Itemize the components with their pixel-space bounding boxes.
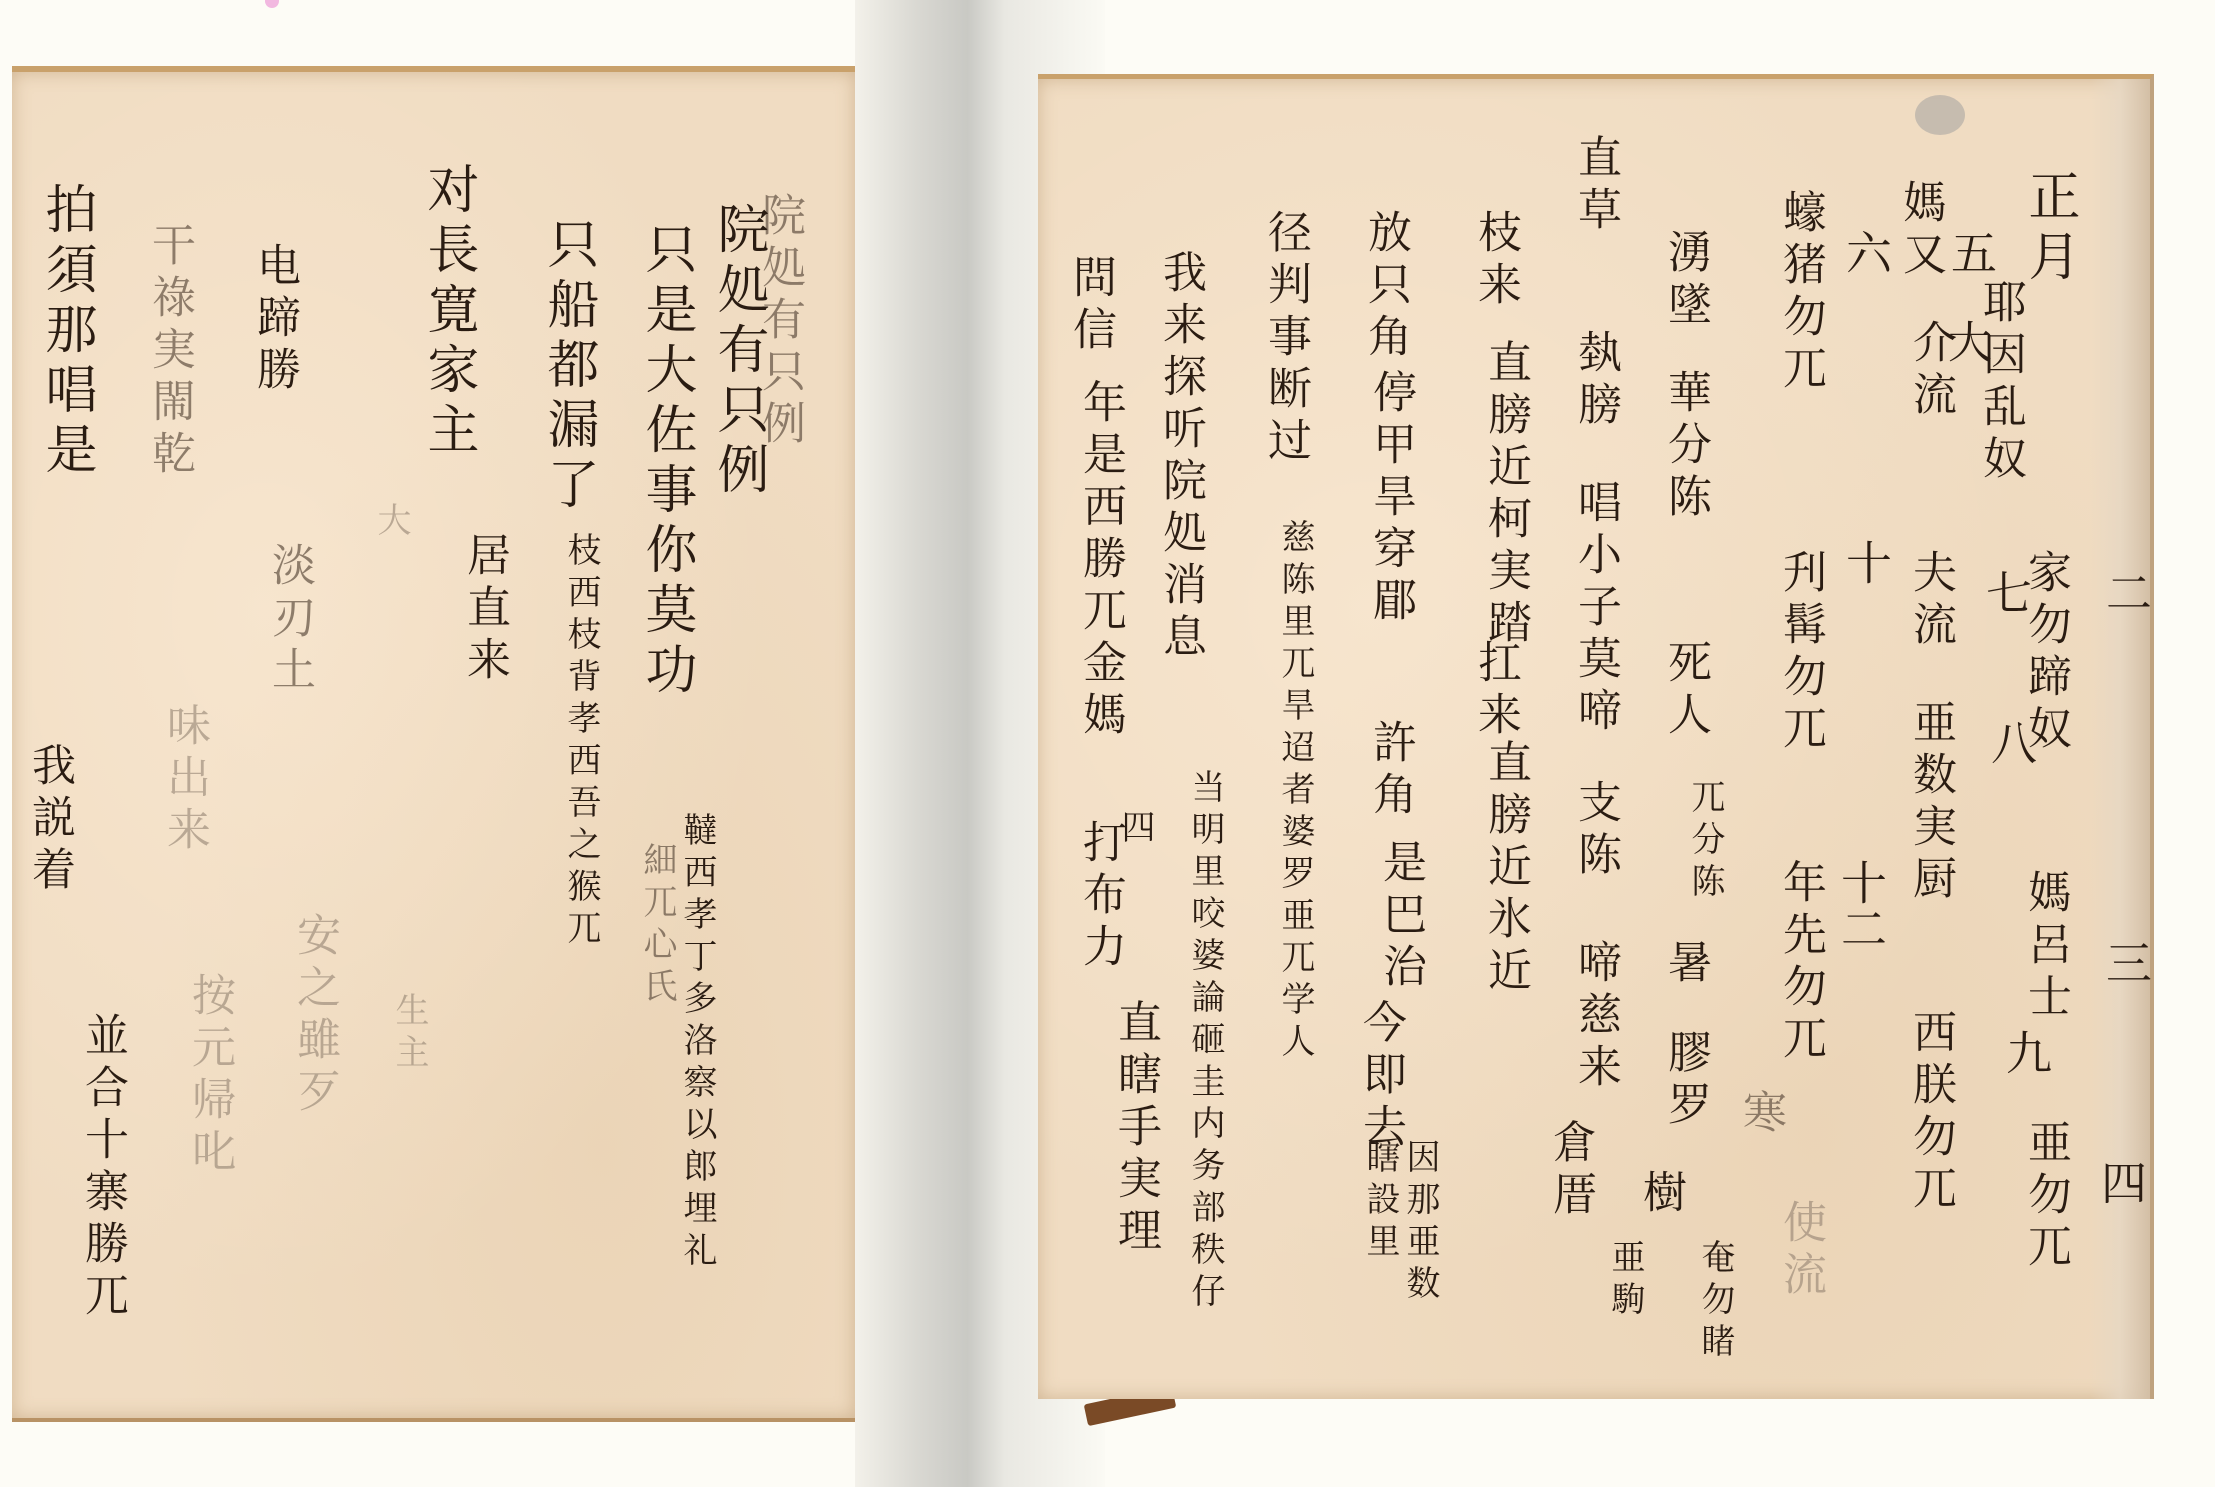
text-column: 院処有只例 [712, 202, 764, 502]
text-column: 倉厝 [1548, 1119, 1592, 1223]
text-column: 瞎設里 [1363, 1139, 1397, 1265]
text-column: 拍須那唱是 [40, 182, 92, 482]
text-column: 因那亜数 [1403, 1139, 1437, 1307]
text-column: 亜数実厨 [1908, 699, 1952, 907]
text-column: 居直来 [462, 532, 506, 688]
text-column: 西朕勿兀 [1908, 1009, 1952, 1217]
text-column: 埶膀 [1573, 329, 1617, 433]
text-column: 扛来 [1473, 639, 1517, 743]
text-column: 膠罗 [1663, 1029, 1707, 1133]
text-column: 亜駒 [1608, 1239, 1642, 1323]
margin-number: 十二 [1828, 859, 1894, 951]
text-column: 直草 [1573, 134, 1617, 238]
text-column: 樹 [1638, 1169, 1682, 1221]
ink-stain [1915, 95, 1965, 135]
text-column: 許角 [1368, 719, 1412, 823]
text-column: 年先勿兀 [1778, 859, 1822, 1067]
margin-number: 八 [1978, 719, 2044, 765]
text-column: 今即去 [1358, 999, 1402, 1155]
text-column: 对長寛家主 [422, 162, 474, 462]
text-column: 暑 [1663, 939, 1707, 991]
margin-number: 七 [1973, 569, 2039, 615]
text-column: 正月 [2023, 169, 2075, 289]
text-column: 年是西勝兀金媽 [1078, 379, 1122, 743]
text-column: 直膀近氷近 [1483, 739, 1527, 999]
margin-number: 四 [2088, 1159, 2154, 1205]
text-column: 放只角 [1363, 209, 1407, 365]
text-column: 媽呂士 [2023, 869, 2067, 1025]
text-column: 停甲旱穿郿 [1368, 369, 1412, 629]
text-column: 只是大佐事你莫功 [640, 222, 692, 702]
margin-number: 十 [1833, 539, 1899, 585]
text-column: 是巴治 [1378, 839, 1422, 995]
text-column: 死人 [1663, 639, 1707, 743]
text-column: 淡刃土 [267, 542, 311, 698]
text-column: 華分陈 [1663, 369, 1707, 525]
text-column: 我説着 [27, 742, 71, 898]
text-column: 使流 [1778, 1199, 1822, 1303]
text-column: 韃西孝丁多洛察以郎埋礼 [680, 812, 714, 1274]
margin-number: 九 [1993, 1029, 2059, 1075]
margin-number: 二 [2093, 569, 2159, 615]
text-column: 細兀心氏 [640, 842, 674, 1010]
text-column: 蠔猪勿兀 [1778, 189, 1822, 397]
text-column: 干祿実閙乾 [147, 222, 191, 482]
text-column: 当明里咬婆論砸圭内务部秩仔 [1188, 769, 1222, 1315]
text-column: 夫流 [1908, 549, 1952, 653]
text-column: 介流 [1908, 319, 1952, 423]
text-column: 湧墜 [1663, 229, 1707, 333]
margin-number: 六 [1833, 229, 1899, 275]
text-column: 媽又 [1898, 179, 1942, 283]
text-column: 奄勿睹 [1698, 1239, 1732, 1365]
margin-number: 三 [2093, 939, 2159, 985]
text-column: 大 [374, 502, 408, 544]
text-column: 啼慈来 [1573, 939, 1617, 1095]
margin-number: 五 [1938, 229, 2004, 275]
text-column: 只船都漏了 [542, 217, 594, 517]
text-column: 按元帰叱 [187, 972, 231, 1180]
text-column: 問信 [1068, 254, 1112, 358]
text-column: 我来探听院処消息 [1158, 249, 1202, 665]
text-column: 並合十寨勝兀 [80, 1012, 124, 1324]
pink-mark [265, 0, 279, 8]
text-column: 电蹄勝 [252, 242, 296, 398]
text-column: 生主 [392, 992, 426, 1076]
text-column: 兀分陈 [1688, 779, 1722, 905]
text-column: 支陈 [1573, 779, 1617, 883]
right-page: 正月 耶因乱奴 家勿蹄奴 媽呂士 亜勿兀 媽又 大 介流 夫流 亜数実厨 西朕勿… [1038, 74, 2154, 1399]
text-column: 慈陈里兀旱迢者婆罗亜兀学人 [1278, 519, 1312, 1065]
text-column: 径判事断过 [1263, 209, 1307, 469]
text-column: 安之雖歹 [292, 912, 336, 1120]
text-column: 枝来 [1473, 209, 1517, 313]
left-page: 院処有只例 院処有只例 只是大佐事你莫功 韃西孝丁多洛察以郎埋礼 細兀心氏 只船… [12, 66, 855, 1422]
text-column: 四 [1118, 809, 1152, 851]
text-column: 唱小子莫啼 [1573, 479, 1617, 739]
text-column: 直瞎手実理 [1113, 999, 1157, 1259]
text-column: 直膀近柯実踏 [1483, 339, 1527, 651]
text-column: 亜勿兀 [2023, 1119, 2067, 1275]
text-column: 耶因乱奴 [1978, 279, 2022, 487]
text-column: 味出来 [162, 702, 206, 858]
text-column: 刋髯勿兀 [1778, 549, 1822, 757]
text-column: 寒 [1738, 1089, 1782, 1141]
text-column: 枝西枝背孝西吾之猴兀 [564, 532, 598, 952]
